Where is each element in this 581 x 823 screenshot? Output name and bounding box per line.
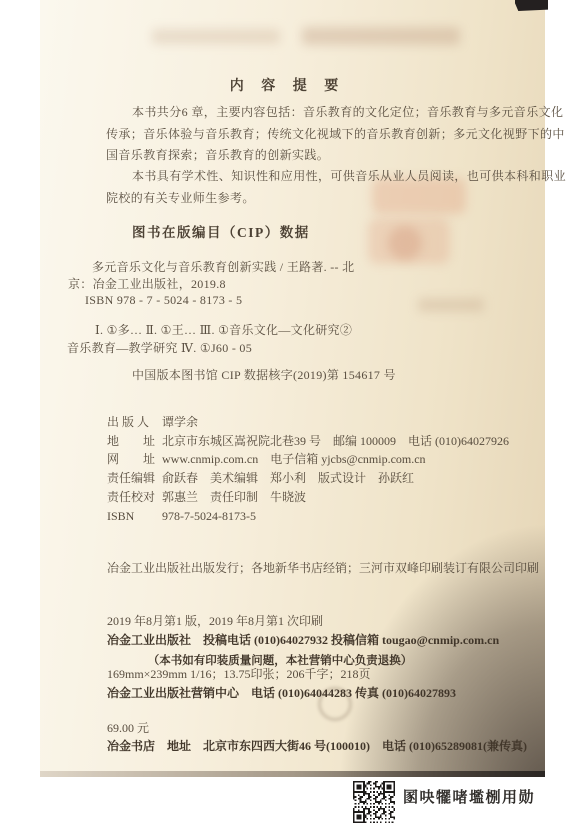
colophon-row: 责任校对 郭惠兰 责任印制 牛晓波 xyxy=(107,488,509,507)
footer-caption: 圂吷犤啫壏㭭用勋 xyxy=(403,786,535,807)
book-page: 内 容 提 要 本书共分6 章，主要内容包括：音乐教育的文化定位；音乐教育与多元… xyxy=(40,0,545,777)
return-notice: （本书如有印装质量问题，本社营销中心负责退换） xyxy=(100,652,460,668)
qr-code-icon xyxy=(353,781,395,823)
summary-line: 本书共分6 章，主要内容包括：音乐教育的文化定位；音乐教育与多元音乐文化 xyxy=(132,103,563,120)
colophon-label: 责任编辑 xyxy=(107,469,162,488)
cip-class-line: Ⅰ. ①多… Ⅱ. ①王… Ⅲ. ①音乐文化—文化研究② xyxy=(95,321,352,338)
cip-heading: 图书在版编目（CIP）数据 xyxy=(132,221,310,241)
contact-line: 冶金工业出版社营销中心 电话 (010)64044283 传真 (010)640… xyxy=(107,685,527,703)
contact-line: 冶金工业出版社 投稿电话 (010)64027932 投稿信箱 tougao@c… xyxy=(107,632,527,650)
bleed-through-smudge xyxy=(418,298,484,312)
colophon-value: 978-7-5024-8173-5 xyxy=(162,507,256,526)
summary-line: 国音乐教育探索；音乐教育的创新实践。 xyxy=(106,146,329,163)
backdrop-corner xyxy=(515,0,548,11)
colophon-value: 北京市东城区嵩祝院北巷39 号 邮编 100009 电话 (010)640279… xyxy=(162,432,509,451)
colophon-value: 谭学余 xyxy=(162,413,198,432)
colophon-label: 责任校对 xyxy=(107,488,162,507)
cip-record-line: 中国版本图书馆 CIP 数据核字(2019)第 154617 号 xyxy=(132,366,396,383)
colophon-label: 出 版 人 xyxy=(107,413,162,432)
colophon-row: ISBN 978-7-5024-8173-5 xyxy=(107,507,509,526)
colophon-value: 俞跃春 美术编辑 郑小利 版式设计 孙跃红 xyxy=(162,469,414,488)
summary-line: 本书具有学术性、知识性和应用性，可供音乐从业人员阅读，也可供本科和职业 xyxy=(132,167,566,184)
colophon-block: 出 版 人 谭学余 地 址 北京市东城区嵩祝院北巷39 号 邮编 100009 … xyxy=(107,413,509,525)
printing-line: 冶金工业出版社出版发行；各地新华书店经销；三河市双峰印刷装订有限公司印刷 xyxy=(107,560,539,578)
colophon-value: 郭惠兰 责任印制 牛晓波 xyxy=(162,488,306,507)
colophon-row: 地 址 北京市东城区嵩祝院北巷39 号 邮编 100009 电话 (010)64… xyxy=(107,432,509,451)
summary-heading: 内 容 提 要 xyxy=(40,75,535,95)
bleed-through-smudge xyxy=(302,27,460,45)
cip-title-line: 多元音乐文化与音乐教育创新实践 / 王路著. -- 北 xyxy=(92,258,354,275)
qr-code-svg xyxy=(353,781,395,823)
bleed-through-cover-text xyxy=(368,218,450,264)
colophon-row: 责任编辑 俞跃春 美术编辑 郑小利 版式设计 孙跃红 xyxy=(107,469,509,488)
photo-frame: 内 容 提 要 本书共分6 章，主要内容包括：音乐教育的文化定位；音乐教育与多元… xyxy=(0,0,581,823)
summary-line: 传承；音乐体验与音乐教育；传统文化视域下的音乐教育创新；多元文化视野下的中 xyxy=(106,125,565,142)
contacts-block: 冶金工业出版社 投稿电话 (010)64027932 投稿信箱 tougao@c… xyxy=(107,597,527,791)
cip-isbn-line: ISBN 978 - 7 - 5024 - 8173 - 5 xyxy=(85,293,242,308)
bleed-through-smudge xyxy=(152,29,280,44)
contact-line: 冶金书店 地址 北京市东四西大街46 号(100010) 电话 (010)652… xyxy=(107,738,527,756)
colophon-label: ISBN xyxy=(107,507,162,526)
colophon-row: 出 版 人 谭学余 xyxy=(107,413,509,432)
cip-title-line: 京：冶金工业出版社，2019.8 xyxy=(68,275,226,292)
bleed-through-cover-logo xyxy=(388,226,422,260)
colophon-value: www.cnmip.com.cn 电子信箱 yjcbs@cnmip.com.cn xyxy=(162,450,426,469)
colophon-row: 网 址 www.cnmip.com.cn 电子信箱 yjcbs@cnmip.co… xyxy=(107,450,509,469)
summary-line: 院校的有关专业师生参考。 xyxy=(106,189,255,206)
colophon-label: 网 址 xyxy=(107,450,162,469)
colophon-label: 地 址 xyxy=(107,432,162,451)
cip-class-line: 音乐教育—教学研究 Ⅳ. ①J60 - 05 xyxy=(67,339,252,356)
